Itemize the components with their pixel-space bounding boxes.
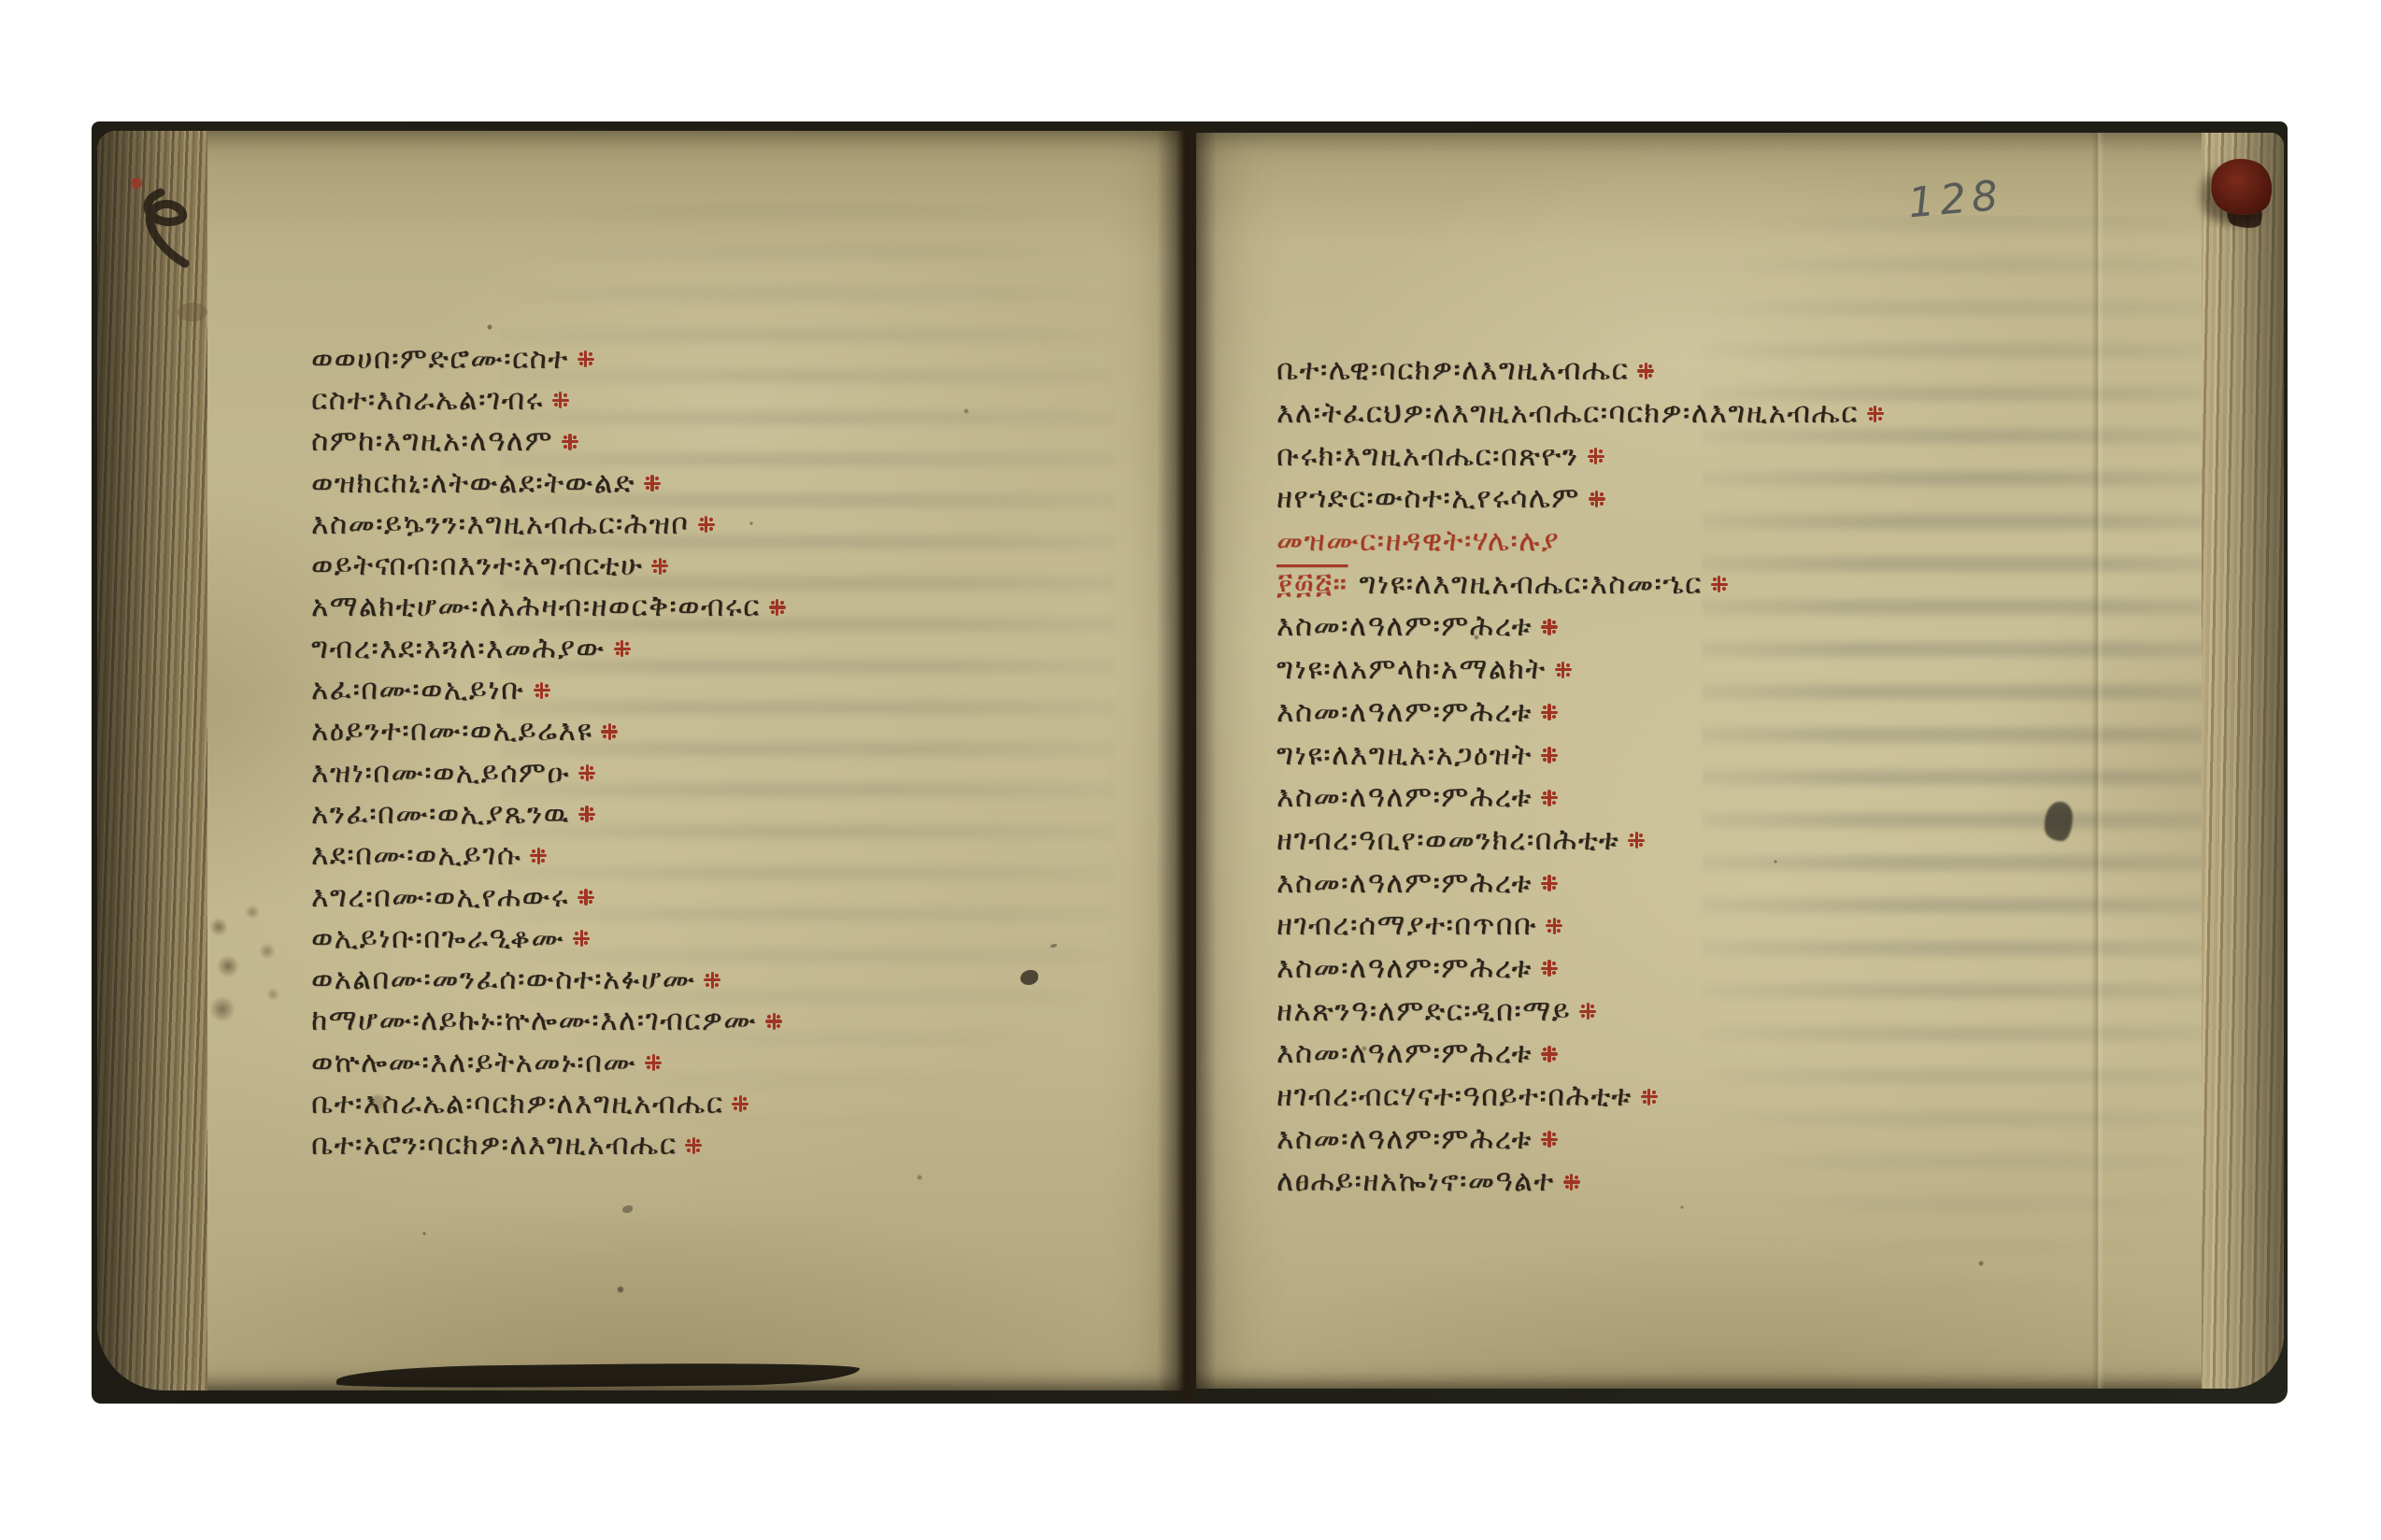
- verse-mark-icon: [1563, 1174, 1580, 1191]
- verse-text: ቤተ፡አሮን፡ባርክዎ፡ለእግዚአብሔር: [311, 1128, 677, 1162]
- verse-text: ዘገብረ፡ሰማያተ፡በጥበቡ: [1276, 908, 1537, 943]
- ink-squiggle-stain: [103, 170, 243, 329]
- verse-mark-icon: [732, 1095, 749, 1112]
- verse-text: እግረ፡በሙ፡ወኢየሐውሩ: [311, 880, 569, 915]
- verse-line: አዕይንተ፡በሙ፡ወኢይሬእዩ: [311, 711, 786, 752]
- verse-mark-icon: [1555, 662, 1572, 678]
- verse-line: ለፀሐይ፡ዘአኰነኖ፡መዓልተ: [1276, 1161, 1884, 1204]
- verse-text: እስመ፡ለዓለም፡ምሕረቱ: [1276, 866, 1533, 901]
- verse-mark-icon: [1541, 1046, 1558, 1062]
- verse-line: እስመ፡ለዓለም፡ምሕረቱ: [1276, 606, 1884, 649]
- verse-line: መዝሙር፡ዘዳዊት፡ሃሌ፡ሉያ: [1276, 520, 1884, 563]
- verse-line: እስመ፡ለዓለም፡ምሕረቱ: [1276, 1118, 1884, 1161]
- verse-mark-icon: [1541, 960, 1558, 977]
- verse-text: እዝነ፡በሙ፡ወኢይሰምዑ: [311, 756, 570, 791]
- verse-mark-icon: [698, 516, 715, 533]
- verse-line: ዘገብረ፡ብርሃናተ፡ዓበይተ፡በሕቲቱ: [1276, 1076, 1884, 1119]
- verse-line: እስመ፡ለዓለም፡ምሕረቱ: [1276, 692, 1884, 734]
- verse-line: ዘገብረ፡ሰማያተ፡በጥበቡ: [1276, 905, 1884, 948]
- verse-line: ፻፴፭። ግነዩ፡ለእግዚአብሔር፡እስመ፡ኄር: [1276, 563, 1884, 606]
- verse-text: ቤተ፡እስራኤል፡ባርክዎ፡ለእግዚአብሔር: [311, 1087, 723, 1121]
- verse-line: እስመ፡ለዓለም፡ምሕረቱ: [1276, 777, 1884, 820]
- verse-text: ዘየኀድር፡ውስተ፡ኢየሩሳሌም: [1276, 481, 1580, 516]
- verse-mark-icon: [1541, 1131, 1558, 1148]
- verse-mark-icon: [1546, 918, 1562, 934]
- verse-text: መዝሙር፡ዘዳዊት፡ሃሌ፡ሉያ: [1276, 524, 1560, 559]
- verse-text: ዘገብረ፡ብርሃናተ፡ዓበይተ፡በሕቲቱ: [1276, 1079, 1632, 1114]
- verse-mark-icon: [769, 599, 786, 616]
- page-number: 128: [1906, 172, 2005, 228]
- verse-text: ግነዩ፡ለእግዚአ፡አጋዕዝት: [1276, 738, 1533, 773]
- verse-text: አንፈ፡በሙ፡ወኢያጼንዉ: [311, 797, 570, 832]
- verse-text: ግብረ፡እደ፡እጓለ፡እመሕያው: [311, 632, 606, 666]
- verse-mark-icon: [562, 434, 578, 450]
- verse-mark-icon: [1579, 1003, 1596, 1020]
- verse-text: ወኵሎሙ፡እለ፡ይትአመኑ፡በሙ: [311, 1046, 636, 1080]
- verse-text: አማልክቲሆሙ፡ለአሕዛብ፡ዘወርቅ፡ወብሩር: [311, 590, 761, 624]
- verse-line: ቡሩክ፡እግዚአብሔር፡በጽዮን: [1276, 435, 1884, 478]
- verse-line: አፈ፡በሙ፡ወኢይነቡ: [311, 669, 786, 710]
- verse-line: ወወሀበ፡ምድሮሙ፡ርስተ: [311, 338, 786, 379]
- psalm-number-rubric: ፻፴፭።: [1276, 567, 1347, 602]
- right-page-edge-stack: [2202, 133, 2284, 1389]
- verse-text: ከማሆሙ፡ለይኩኑ፡ኵሎሙ፡እለ፡ገብርዎሙ: [311, 1004, 757, 1038]
- verse-line: ከማሆሙ፡ለይኩኑ፡ኵሎሙ፡እለ፡ገብርዎሙ: [311, 1001, 786, 1042]
- verse-text: ዘአጽንዓ፡ለምድር፡ዲበ፡ማይ: [1276, 994, 1571, 1029]
- verse-text: ወይትናበብ፡በእንተ፡አግብርቲሁ: [311, 549, 643, 583]
- verse-line: አንፈ፡በሙ፡ወኢያጼንዉ: [311, 793, 786, 834]
- verse-line: ቤተ፡አሮን፡ባርክዎ፡ለእግዚአብሔር: [311, 1125, 786, 1166]
- verse-line: እግረ፡በሙ፡ወኢየሐውሩ: [311, 877, 786, 918]
- verse-mark-icon: [1641, 1089, 1658, 1105]
- verse-mark-icon: [577, 350, 594, 367]
- verse-text: እስመ፡ይኴንን፡እግዚአብሔር፡ሕዝቦ: [311, 507, 690, 542]
- verse-mark-icon: [1541, 875, 1558, 891]
- verse-mark-icon: [530, 848, 547, 864]
- verse-text: ወዝክርከኒ፡ለትውልደ፡ትውልድ: [311, 466, 635, 501]
- verse-line: እደ፡በሙ፡ወኢይገሱ: [311, 835, 786, 877]
- verse-text: አዕይንተ፡በሙ፡ወኢይሬእዩ: [311, 714, 592, 749]
- verse-mark-icon: [644, 475, 661, 492]
- verse-mark-icon: [645, 1054, 662, 1071]
- verse-text: እለ፡ትፈርህዎ፡ለእግዚአብሔር፡ባርክዎ፡ለእግዚአብሔር: [1276, 396, 1859, 431]
- verse-mark-icon: [1589, 491, 1605, 507]
- verse-text: ርስተ፡እስራኤል፡ገብሩ: [311, 383, 544, 418]
- verse-line: ስምከ፡እግዚአ፡ለዓለም: [311, 421, 786, 463]
- verse-text: እስመ፡ለዓለም፡ምሕረቱ: [1276, 609, 1533, 644]
- verse-text: ግነዩ፡ለአምላከ፡አማልክት: [1276, 652, 1547, 687]
- verse-line: ግብረ፡እደ፡እጓለ፡እመሕያው: [311, 628, 786, 669]
- verse-mark-icon: [765, 1013, 782, 1030]
- verse-text: እስመ፡ለዓለም፡ምሕረቱ: [1276, 1036, 1533, 1071]
- bottom-edge-stain: [336, 1362, 860, 1390]
- verse-text: ወኢይነቡ፡በጐራዒቆሙ: [311, 921, 564, 956]
- verse-mark-icon: [651, 558, 668, 575]
- verse-mark-icon: [1541, 619, 1558, 635]
- scan-canvas: ወወሀበ፡ምድሮሙ፡ርስተ ርስተ፡እስራኤል፡ገብሩ ስምከ፡እግዚአ፡ለዓለ…: [0, 0, 2381, 1540]
- verse-mark-icon: [1541, 747, 1558, 763]
- verse-mark-icon: [1588, 448, 1604, 464]
- verse-mark-icon: [1867, 406, 1884, 422]
- verse-line: ዘገብረ፡ዓቢየ፡ወመንክረ፡በሕቲቱ: [1276, 820, 1884, 863]
- verse-mark-icon: [601, 723, 618, 740]
- verse-line: ርስተ፡እስራኤል፡ገብሩ: [311, 379, 786, 421]
- verse-text: እደ፡በሙ፡ወኢይገሱ: [311, 838, 521, 873]
- right-page: 128 ቤተ፡ሌዊ፡ባርክዎ፡ለእግዚአብሔር እለ፡ትፈርህዎ፡ለእግዚአብሔ…: [1196, 133, 2284, 1389]
- left-page: ወወሀበ፡ምድሮሙ፡ርስተ ርስተ፡እስራኤል፡ገብሩ ስምከ፡እግዚአ፡ለዓለ…: [97, 131, 1187, 1390]
- verse-text: ቤተ፡ሌዊ፡ባርክዎ፡ለእግዚአብሔር: [1276, 353, 1629, 388]
- verse-line: ዘየኀድር፡ውስተ፡ኢየሩሳሌም: [1276, 478, 1884, 520]
- verse-line: እስመ፡ለዓለም፡ምሕረቱ: [1276, 862, 1884, 905]
- verse-line: እስመ፡ለዓለም፡ምሕረቱ: [1276, 1033, 1884, 1076]
- book-gutter-shadow: [1157, 123, 1217, 1402]
- verse-text: እስመ፡ለዓለም፡ምሕረቱ: [1276, 695, 1533, 730]
- right-text-column: ቤተ፡ሌዊ፡ባርክዎ፡ለእግዚአብሔር እለ፡ትፈርህዎ፡ለእግዚአብሔር፡ባር…: [1276, 349, 1884, 1204]
- verse-text: እስመ፡ለዓለም፡ምሕረቱ: [1276, 780, 1533, 815]
- left-text-column: ወወሀበ፡ምድሮሙ፡ርስተ ርስተ፡እስራኤል፡ገብሩ ስምከ፡እግዚአ፡ለዓለ…: [311, 338, 786, 1166]
- verse-line: አማልክቲሆሙ፡ለአሕዛብ፡ዘወርቅ፡ወብሩር: [311, 587, 786, 628]
- red-fleck: [131, 178, 142, 189]
- verse-mark-icon: [577, 889, 594, 905]
- verse-line: ግነዩ፡ለአምላከ፡አማልክት: [1276, 649, 1884, 692]
- verse-line: ወኵሎሙ፡እለ፡ይትአመኑ፡በሙ: [311, 1042, 786, 1083]
- verse-mark-icon: [1541, 790, 1558, 806]
- verse-mark-icon: [614, 640, 631, 657]
- verse-mark-icon: [578, 806, 595, 822]
- verse-line: እስመ፡ለዓለም፡ምሕረቱ: [1276, 948, 1884, 991]
- verse-mark-icon: [1541, 704, 1558, 720]
- verse-text: ግነዩ፡ለእግዚአብሔር፡እስመ፡ኄር: [1359, 567, 1702, 602]
- verse-text: ለፀሐይ፡ዘአኰነኖ፡መዓልተ: [1276, 1164, 1555, 1199]
- verse-line: ግነዩ፡ለእግዚአ፡አጋዕዝት: [1276, 734, 1884, 777]
- page-crease: [2091, 133, 2104, 1389]
- verse-line: ወኢይነቡ፡በጐራዒቆሙ: [311, 918, 786, 959]
- verse-text: እስመ፡ለዓለም፡ምሕረቱ: [1276, 951, 1533, 986]
- verse-line: ወዝክርከኒ፡ለትውልደ፡ትውልድ: [311, 463, 786, 504]
- verse-line: ቤተ፡እስራኤል፡ባርክዎ፡ለእግዚአብሔር: [311, 1083, 786, 1124]
- verse-line: እለ፡ትፈርህዎ፡ለእግዚአብሔር፡ባርክዎ፡ለእግዚአብሔር: [1276, 392, 1884, 435]
- verse-line: እስመ፡ይኴንን፡እግዚአብሔር፡ሕዝቦ: [311, 504, 786, 545]
- verse-line: ወአልበሙ፡መንፈሰ፡ውስተ፡አፉሆሙ: [311, 959, 786, 1000]
- verse-mark-icon: [704, 972, 720, 989]
- verse-text: ዘገብረ፡ዓቢየ፡ወመንክረ፡በሕቲቱ: [1276, 823, 1619, 858]
- verse-text: ስምከ፡እግዚአ፡ለዓለም: [311, 424, 553, 459]
- verse-line: ወይትናበብ፡በእንተ፡አግብርቲሁ: [311, 545, 786, 586]
- verse-mark-icon: [573, 930, 590, 947]
- verse-text: ወወሀበ፡ምድሮሙ፡ርስተ: [311, 342, 569, 377]
- verse-mark-icon: [685, 1137, 702, 1154]
- verse-text: እስመ፡ለዓለም፡ምሕረቱ: [1276, 1122, 1533, 1157]
- verse-line: ቤተ፡ሌዊ፡ባርክዎ፡ለእግዚአብሔር: [1276, 349, 1884, 392]
- verse-line: ዘአጽንዓ፡ለምድር፡ዲበ፡ማይ: [1276, 990, 1884, 1033]
- verse-mark-icon: [552, 392, 569, 408]
- stain-cluster: [198, 897, 329, 1047]
- ink-spot: [2045, 802, 2073, 841]
- verse-mark-icon: [1637, 363, 1654, 379]
- verse-mark-icon: [534, 682, 550, 699]
- verse-mark-icon: [578, 764, 595, 781]
- verse-line: እዝነ፡በሙ፡ወኢይሰምዑ: [311, 752, 786, 793]
- verse-text: አፈ፡በሙ፡ወኢይነቡ: [311, 673, 525, 707]
- verse-mark-icon: [1711, 576, 1728, 592]
- verse-text: ቡሩክ፡እግዚአብሔር፡በጽዮን: [1276, 439, 1579, 474]
- verse-text: ወአልበሙ፡መንፈሰ፡ውስተ፡አፉሆሙ: [311, 962, 695, 997]
- verse-mark-icon: [1628, 832, 1645, 848]
